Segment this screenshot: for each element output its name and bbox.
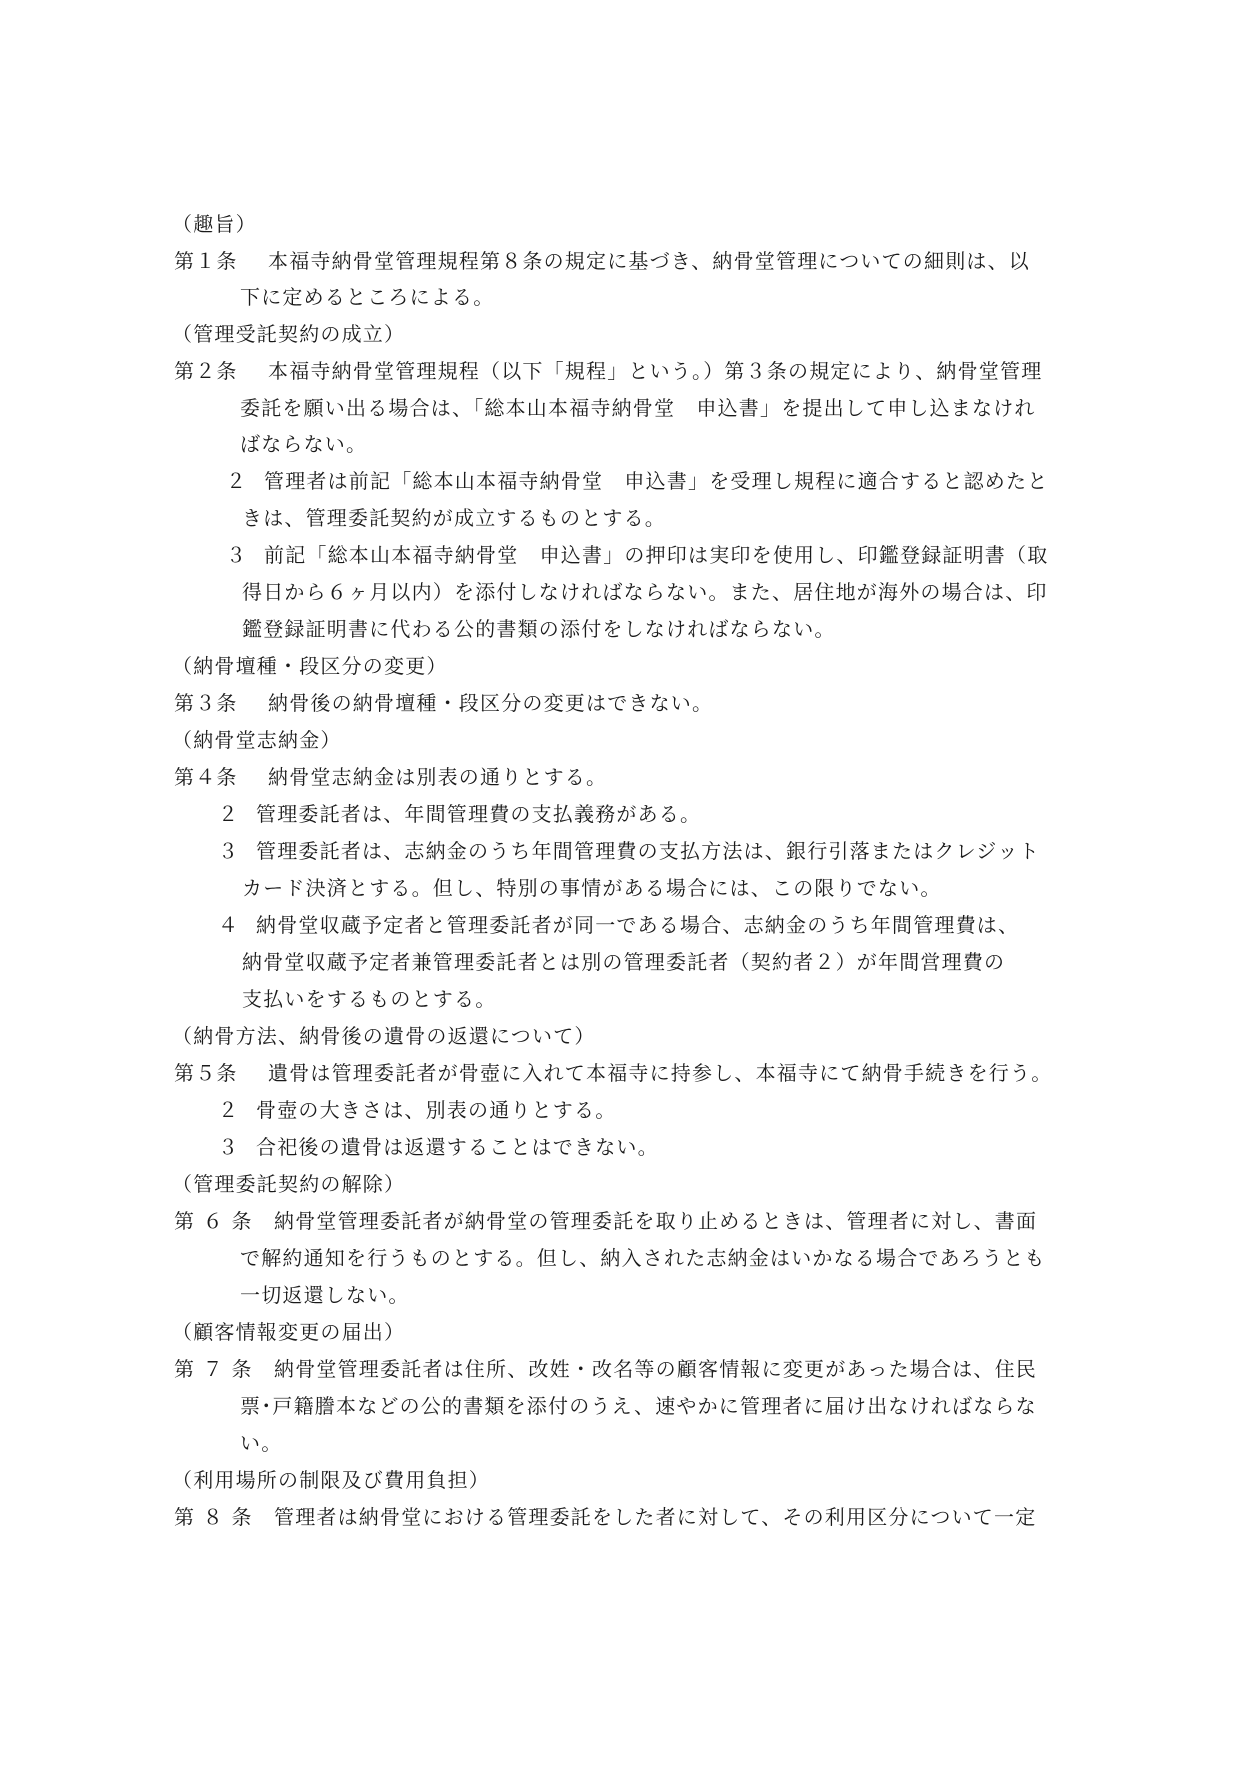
article-4-para-2-line-1: 管理委託者は、年間管理費の支払義務がある。 [256,802,701,826]
article-4-para-3-line-2: カード決済とする。但し、特別の事情がある場合には、この限りでない。 [242,876,942,900]
article-7-line-3: い。 [240,1431,282,1455]
article-4-para-4-line-2: 納骨堂収蔵予定者兼管理委託者とは別の管理委託者（契約者２）が年間営理費の [242,950,1005,974]
article-1-heading: （趣旨） [172,212,257,236]
article-5-para-2-line-1: 骨壺の大きさは、別表の通りとする。 [256,1098,616,1122]
article-3-line-1: 納骨後の納骨壇種・段区分の変更はできない。 [268,691,713,715]
article-6-line-3: 一切返還しない。 [240,1283,410,1307]
article-6-line-1: 納骨堂管理委託者が納骨堂の管理委託を取り止めるときは、管理者に対し、書面 [274,1209,1037,1233]
article-4-para-4-line-3: 支払いをするものとする。 [242,987,496,1011]
article-6-heading: （管理委託契約の解除） [172,1172,405,1196]
article-4-para-3-number: ３ [218,839,239,863]
article-4-para-2-number: ２ [218,802,239,826]
article-7-line-2: 票･戸籍謄本などの公的書類を添付のうえ、速やかに管理者に届け出なければならな [240,1394,1037,1418]
article-2-line-2: 委託を願い出る場合は、「総本山本福寺納骨堂 申込書」を提出して申し込まなけれ [240,396,1036,420]
article-2-para-2-number: ２ [226,469,247,493]
article-2-line-1: 本福寺納骨堂管理規程（以下「規程」という。）第３条の規定により、納骨堂管理 [268,359,1042,383]
article-4-para-4-line-1: 納骨堂収蔵予定者と管理委託者が同一である場合、志納金のうち年間管理費は、 [256,913,1019,937]
article-1-line-1: 本福寺納骨堂管理規程第８条の規定に基づき、納骨堂管理についての細則は、以 [268,249,1030,273]
article-4-heading: （納骨堂志納金） [172,728,342,752]
article-4-label: 第４条 [174,765,238,789]
article-4-line-1: 納骨堂志納金は別表の通りとする。 [268,765,607,789]
article-2-para-3-line-1: 前記「総本山本福寺納骨堂 申込書」の押印は実印を使用し、印鑑登録証明書（取 [264,543,1048,567]
article-5-para-2-number: ２ [218,1098,239,1122]
article-2-heading: （管理受託契約の成立） [172,322,405,346]
article-8-label: 第 ８ 条 [174,1505,253,1529]
article-2-para-3-number: ３ [226,543,247,567]
article-1-line-2: 下に定めるところによる。 [240,285,494,309]
article-2-line-3: ばならない。 [240,432,367,456]
article-7-line-1: 納骨堂管理委託者は住所、改姓・改名等の顧客情報に変更があった場合は、住民 [274,1357,1037,1381]
article-5-heading: （納骨方法、納骨後の遺骨の返還について） [172,1024,596,1048]
article-5-para-3-line-1: 合祀後の遺骨は返還することはできない。 [256,1135,659,1159]
article-3-heading: （納骨壇種・段区分の変更） [172,654,448,678]
article-6-line-2: で解約通知を行うものとする。但し、納入された志納金はいかなる場合であろうとも [240,1246,1046,1270]
document-page: （趣旨） 第１条 本福寺納骨堂管理規程第８条の規定に基づき、納骨堂管理についての… [0,0,1257,1779]
article-2-para-2-line-2: きは、管理委託契約が成立するものとする。 [242,506,666,530]
article-5-label: 第５条 [174,1061,238,1085]
article-8-heading: （利用場所の制限及び費用負担） [172,1468,490,1492]
article-2-label: 第２条 [174,359,238,383]
article-8-line-1: 管理者は納骨堂における管理委託をした者に対して、その利用区分について一定 [274,1505,1036,1529]
article-7-heading: （顧客情報変更の届出） [172,1320,405,1344]
article-2-para-3-line-3: 鑑登録証明書に代わる公的書類の添付をしなければならない。 [242,617,836,641]
article-5-para-3-number: ３ [218,1135,239,1159]
article-2-para-2-line-1: 管理者は前記「総本山本福寺納骨堂 申込書」を受理し規程に適合すると認めたと [264,469,1048,493]
article-5-line-1: 遺骨は管理委託者が骨壺に入れて本福寺に持参し、本福寺にて納骨手続きを行う。 [268,1061,1052,1085]
article-6-label: 第 ６ 条 [174,1209,253,1233]
article-3-label: 第３条 [174,691,238,715]
article-4-para-3-line-1: 管理委託者は、志納金のうち年間管理費の支払方法は、銀行引落またはクレジット [256,839,1040,863]
article-7-label: 第 ７ 条 [174,1357,253,1381]
article-1-label: 第１条 [174,249,238,273]
article-2-para-3-line-2: 得日から６ヶ月以内）を添付しなければならない。また、居住地が海外の場合は、印 [242,580,1048,604]
article-4-para-4-number: ４ [218,913,239,937]
